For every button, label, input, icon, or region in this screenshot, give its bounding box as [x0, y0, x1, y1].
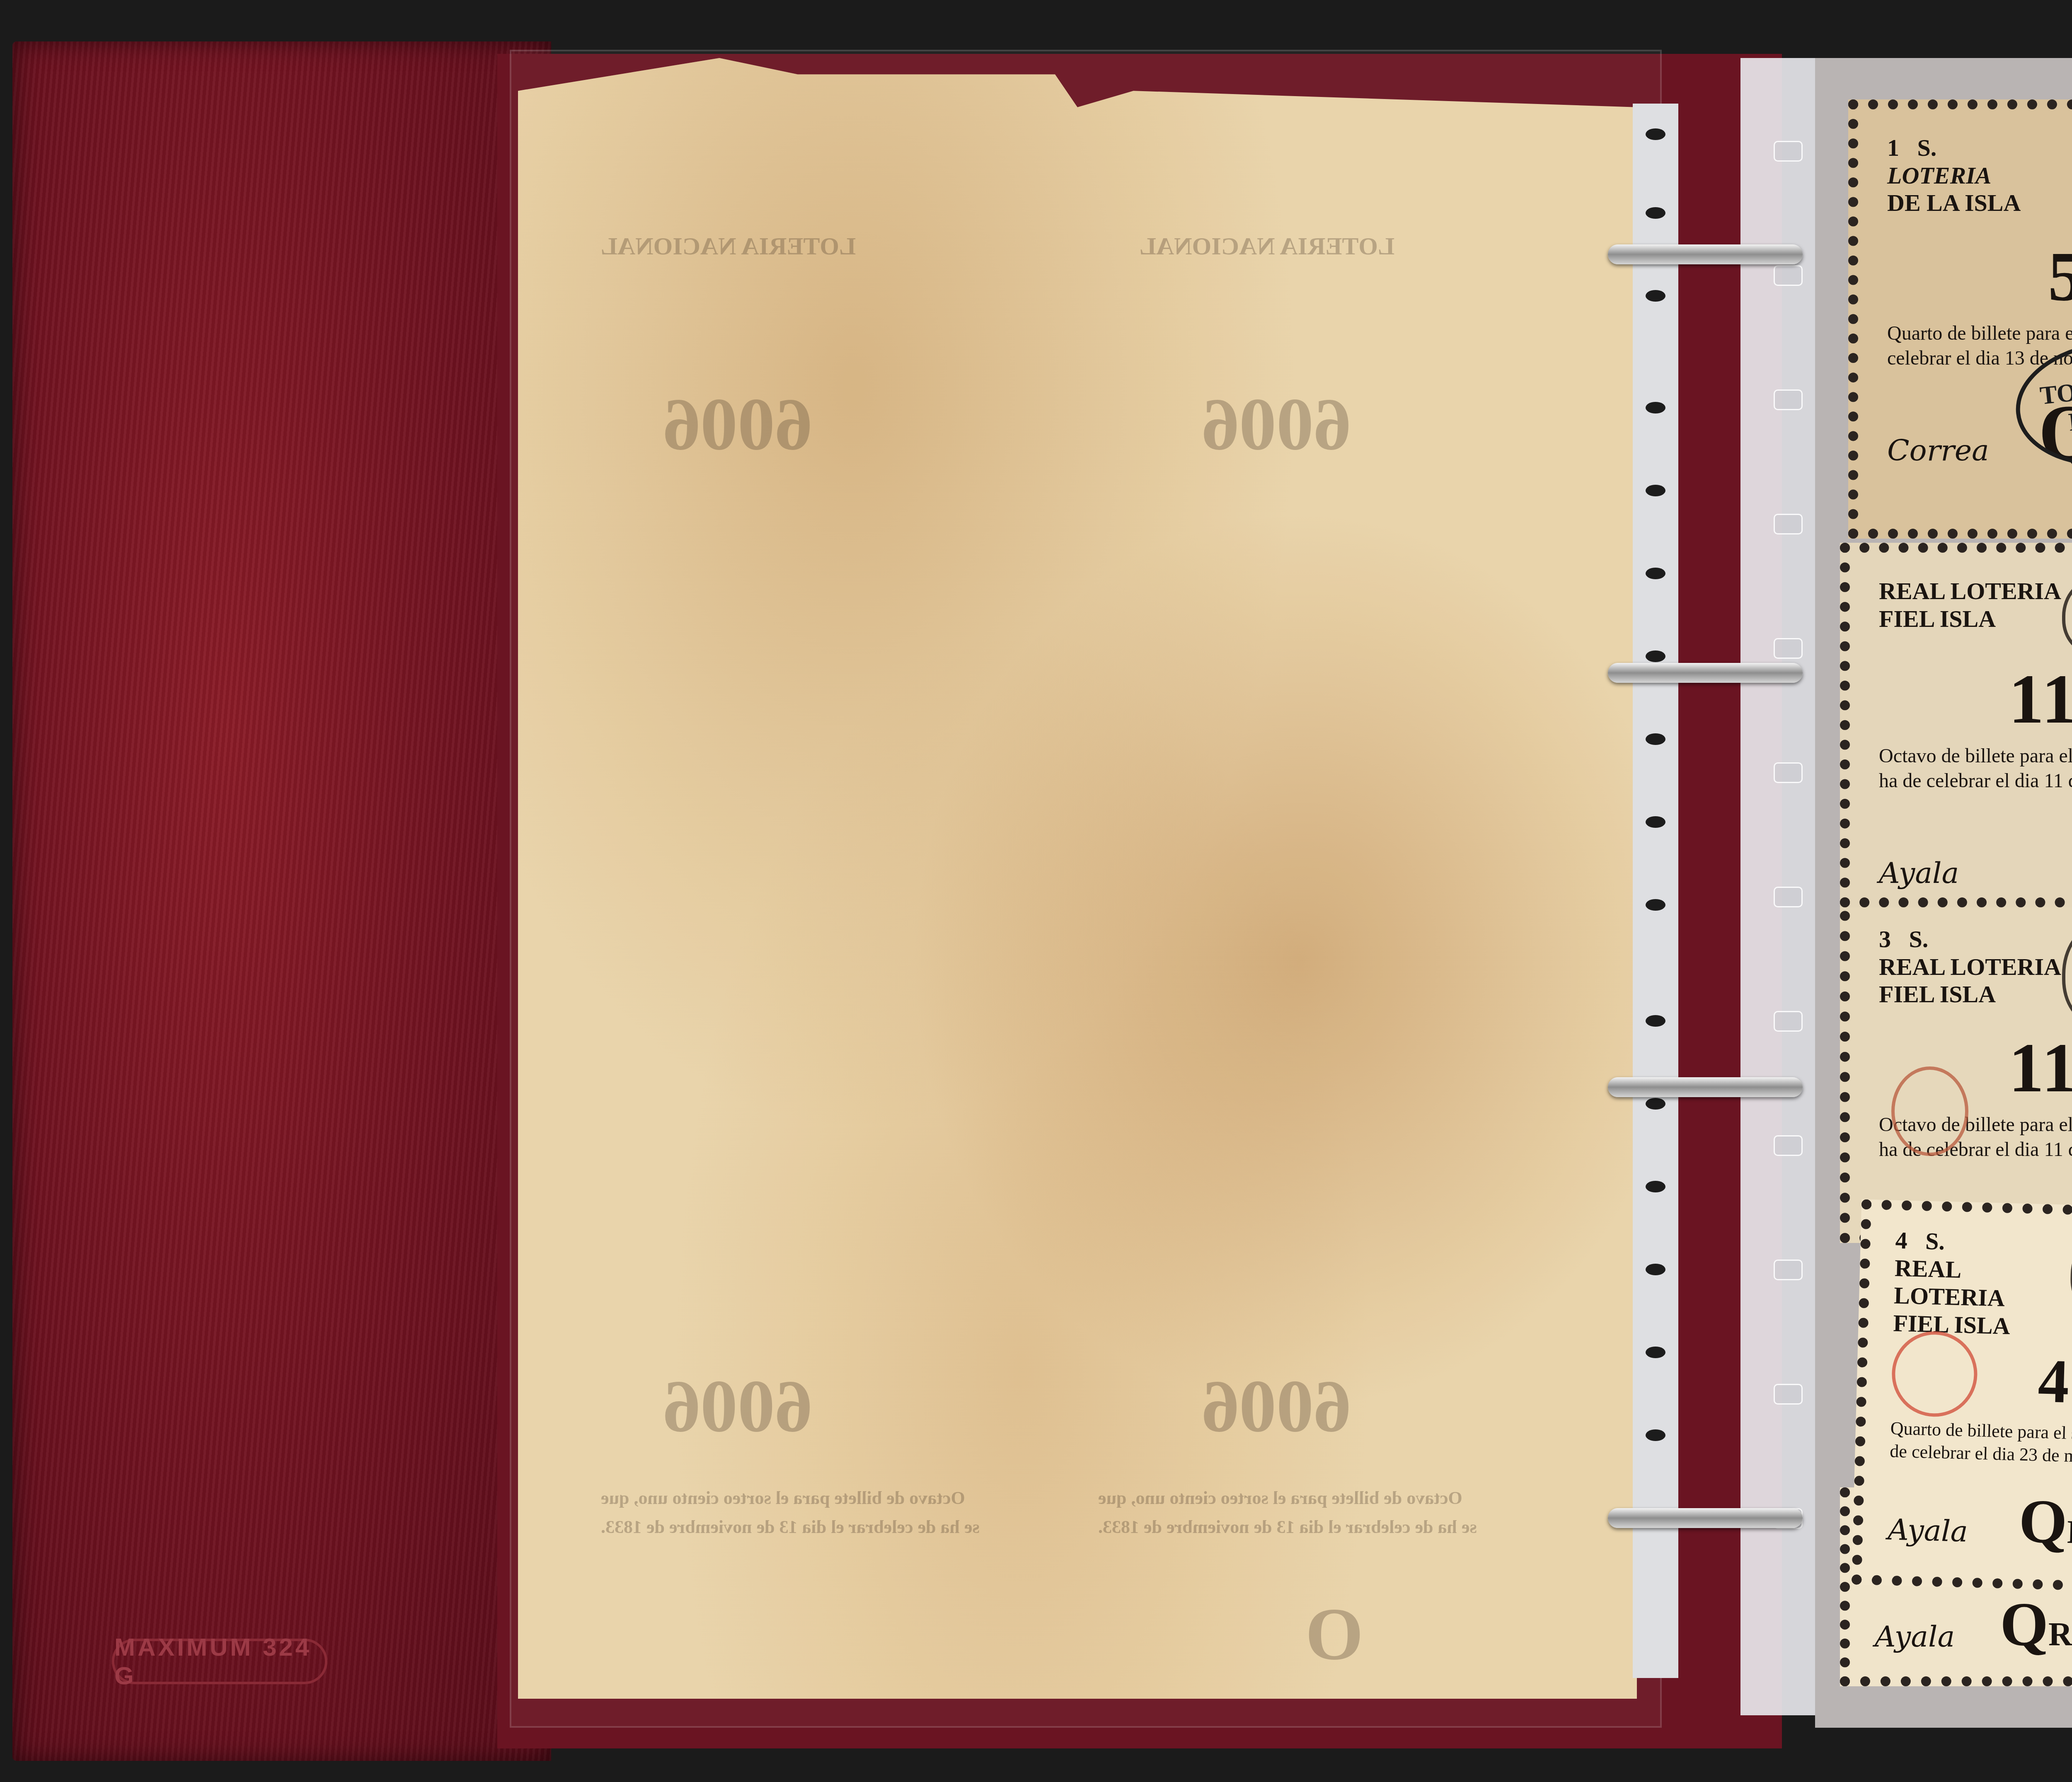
ticket-header: REAL LOTERIA — [1879, 953, 2061, 981]
ticket-header: DE LA ISLA — [1887, 189, 2021, 217]
ticket-series: S. — [1925, 1228, 1945, 1255]
ticket-body-text: Octavo de billete para el sorteo doscien… — [1879, 744, 2072, 793]
binder-ring[interactable] — [1608, 663, 1803, 683]
lottery-ticket[interactable]: 1 S. LOTERIA DE LA ISLA 101. NACIONAL DE… — [1848, 99, 2072, 539]
punch-hole — [1646, 899, 1665, 911]
ticket-body-text: Quarto de billete para el sorteo ciento … — [1890, 1417, 2072, 1473]
sleeve-punch-strip — [1633, 104, 1678, 1678]
punch-hole — [1646, 402, 1665, 413]
punch-hole — [1646, 733, 1665, 745]
sleeve-slot — [1774, 265, 1803, 286]
ticket-header: FIEL ISLA — [1879, 605, 2061, 633]
binder-cover-left — [12, 41, 551, 1761]
binder-emblem: MAXIMUM 324 G — [112, 1639, 327, 1684]
punch-hole — [1646, 485, 1665, 496]
serie-sub: R — [2067, 1514, 2072, 1551]
sleeve-slot — [1774, 514, 1803, 534]
ticket-header: FIEL ISLA — [1879, 981, 2061, 1008]
punch-hole — [1646, 816, 1665, 828]
punch-hole — [1646, 1429, 1665, 1441]
sleeve-slot — [1774, 638, 1803, 659]
ticket-value: Vale cuatro reales. — [1879, 796, 2072, 820]
serie-letter: Q — [2000, 1590, 2048, 1659]
ticket-header: REAL LOTERIA — [1893, 1254, 2071, 1314]
sleeve-slot — [1774, 887, 1803, 907]
punch-hole — [1646, 568, 1665, 579]
punch-hole — [1646, 207, 1665, 219]
signature: Ayala — [1887, 1512, 1968, 1548]
sleeve-slot — [1774, 1011, 1803, 1032]
ticket-series: S. — [1917, 134, 1937, 161]
punch-hole — [1646, 1098, 1665, 1110]
sleeve-slot — [1774, 1135, 1803, 1156]
royal-crest-icon — [2062, 578, 2072, 655]
sleeve-slot — [1774, 141, 1803, 162]
ticket-value: Vale cuatro reales. — [1879, 1165, 2072, 1189]
sleeve-slot — [1774, 389, 1803, 410]
signature: Ayala — [1879, 856, 1959, 890]
serie-letter: Q — [2018, 1487, 2068, 1557]
binder-ring[interactable] — [1608, 1508, 1803, 1528]
red-seal-stamp — [1891, 1066, 1968, 1156]
binder-ring[interactable] — [1608, 1077, 1803, 1097]
ticket-number: 5992 — [1887, 236, 2072, 317]
royal-crest-icon — [2062, 926, 2072, 1023]
sleeve-slot — [1774, 1384, 1803, 1405]
signature: Correa — [1887, 433, 1989, 467]
lottery-ticket[interactable]: 4 S. REAL LOTERIA FIEL ISLA 190 DE LA SI… — [1852, 1199, 2072, 1598]
ticket-number: 11063 — [1879, 659, 2072, 740]
binder-ring[interactable] — [1608, 244, 1803, 264]
punch-hole — [1646, 290, 1665, 302]
punch-hole — [1646, 1181, 1665, 1192]
punch-hole — [1646, 1347, 1665, 1358]
signature: Ayala — [1875, 1620, 1955, 1654]
plastic-sleeve-left — [510, 50, 1662, 1728]
ticket-fraction: 4 — [1895, 1227, 1908, 1254]
sleeve-slot — [1774, 1260, 1803, 1280]
lottery-ticket[interactable]: REAL LOTERIA FIEL ISLA DE LA SIEMPRE DE … — [1840, 543, 2072, 907]
ticket-header: REAL LOTERIA — [1879, 578, 2061, 605]
ticket-series: S. — [1909, 926, 1929, 953]
lottery-ticket[interactable]: 3 S. REAL LOTERIA FIEL ISLA 201. DE LA S… — [1840, 891, 2072, 1243]
stamp-text: TOCO A LA — [2038, 367, 2072, 411]
ticket-header: LOTERIA — [1887, 162, 2021, 190]
serie-sub: R — [2048, 1616, 2072, 1653]
sleeve-slot — [1774, 762, 1803, 783]
punch-hole — [1646, 1015, 1665, 1027]
punch-hole — [1646, 128, 1665, 140]
punch-hole — [1646, 1264, 1665, 1275]
ticket-fraction: 1 — [1887, 134, 1899, 161]
punch-hole — [1646, 650, 1665, 662]
ticket-fraction: 3 — [1879, 926, 1891, 953]
